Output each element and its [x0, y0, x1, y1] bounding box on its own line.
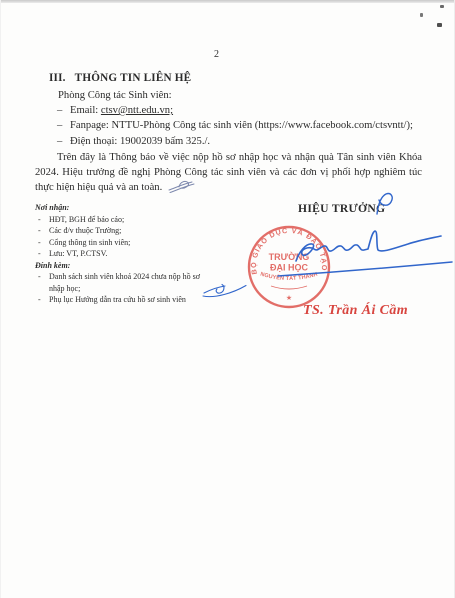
scan-left-edge	[0, 0, 1, 598]
recipient-item: -Cổng thông tin sinh viên;	[35, 237, 207, 249]
list-dash: -	[38, 225, 41, 237]
contact-intro: Phòng Công tác Sinh viên:	[58, 90, 172, 101]
list-dash: –	[57, 134, 70, 149]
list-dash: -	[38, 271, 41, 283]
email-link[interactable]: ctsv@ntt.edu.vn;	[101, 105, 173, 116]
recipient-text: Cổng thông tin sinh viên;	[49, 238, 130, 247]
contact-list: –Email: ctsv@ntt.edu.vn; –Fanpage: NTTU-…	[57, 103, 413, 149]
list-dash: -	[38, 294, 41, 306]
list-dash: -	[38, 237, 41, 249]
page-number: 2	[214, 49, 219, 60]
handwritten-signature	[250, 185, 455, 300]
list-dash: –	[57, 103, 70, 118]
recipient-item: -HĐT, BGH để báo cáo;	[35, 214, 207, 226]
contact-email-line: –Email: ctsv@ntt.edu.vn;	[57, 103, 413, 118]
contact-fanpage-line: –Fanpage: NTTU-Phòng Công tác sinh viên …	[57, 118, 413, 133]
attachment-item: -Danh sách sinh viên khoá 2024 chưa nộp …	[35, 271, 207, 294]
attachment-text: Danh sách sinh viên khoá 2024 chưa nộp h…	[49, 272, 200, 293]
recipient-text: HĐT, BGH để báo cáo;	[49, 215, 124, 224]
list-dash: –	[57, 118, 70, 133]
scan-artifact	[437, 23, 442, 27]
recipient-text: Lưu: VT, P.CTSV.	[49, 249, 107, 258]
recipients-heading: Nơi nhận:	[35, 202, 213, 214]
list-dash: -	[38, 214, 41, 226]
contact-label: Fanpage: NTTU-Phòng Công tác sinh viên (…	[70, 120, 413, 131]
scan-top-edge	[0, 0, 455, 3]
section-numeral: III.	[49, 72, 66, 84]
pen-initial-mark	[165, 176, 205, 196]
recipient-text: Các đ/v thuộc Trường;	[49, 226, 121, 235]
scan-artifact	[420, 13, 423, 17]
contact-phone-line: –Điện thoại: 19002039 bấm 325./.	[57, 134, 413, 149]
document-page: 2 III.THÔNG TIN LIÊN HỆ Phòng Công tác S…	[0, 0, 455, 598]
list-dash: -	[38, 248, 41, 260]
contact-label: Email:	[70, 105, 101, 116]
attachment-text: Phụ lục Hướng dẫn tra cứu hồ sơ sinh viê…	[49, 295, 186, 304]
recipient-item: -Lưu: VT, P.CTSV.	[35, 248, 207, 260]
contact-label: Điện thoại: 19002039 bấm 325./.	[70, 136, 210, 147]
attachments-heading: Đính kèm:	[35, 260, 213, 272]
pen-initial-mark	[200, 280, 250, 302]
section-title: THÔNG TIN LIÊN HỆ	[75, 72, 192, 84]
scan-artifact	[440, 5, 444, 8]
section-heading: III.THÔNG TIN LIÊN HỆ	[49, 72, 191, 84]
attachment-item: -Phụ lục Hướng dẫn tra cứu hồ sơ sinh vi…	[35, 294, 207, 306]
recipients-block: Nơi nhận: -HĐT, BGH để báo cáo; -Các đ/v…	[35, 202, 213, 306]
recipient-item: -Các đ/v thuộc Trường;	[35, 225, 207, 237]
signer-name: TS. Trần Ái Cầm	[303, 303, 408, 319]
